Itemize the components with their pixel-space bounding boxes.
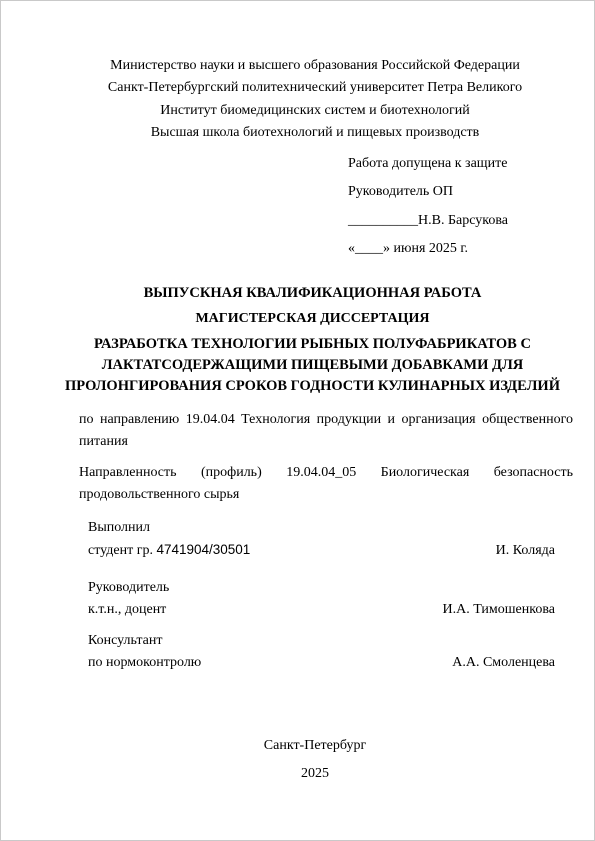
thesis-title-line-3: ПРОЛОНГИРОВАНИЯ СРОКОВ ГОДНОСТИ КУЛИНАРН… — [41, 376, 584, 397]
signature-position: студент гр. 4741904/30501 — [88, 539, 250, 562]
year-line: 2025 — [61, 760, 569, 788]
signature-row-supervisor: Руководитель к.т.н., доцент И.А. Тимошен… — [88, 577, 555, 622]
signature-name: И.А. Тимошенкова — [443, 599, 556, 621]
student-group-number: 4741904/30501 — [156, 542, 250, 557]
signature-row-consultant: Консультант по нормоконтролю А.А. Смолен… — [88, 630, 555, 675]
thesis-title-line-2: ЛАКТАТСОДЕРЖАЩИМИ ПИЩЕВЫМИ ДОБАВКАМИ ДЛЯ — [41, 355, 584, 376]
approval-head-name: Н.В. Барсукова — [418, 213, 508, 228]
work-type-heading: ВЫПУСКНАЯ КВАЛИФИКАЦИОННАЯ РАБОТА — [41, 284, 584, 302]
signature-role: Руководитель — [88, 577, 555, 599]
thesis-title-line-1: РАЗРАБОТКА ТЕХНОЛОГИИ РЫБНЫХ ПОЛУФАБРИКА… — [41, 334, 584, 355]
signature-name: А.А. Смоленцева — [452, 652, 555, 674]
approval-head-label: Руководитель ОП — [348, 178, 508, 206]
school-line: Высшая школа биотехнологий и пищевых про… — [61, 122, 569, 144]
signature-blank: __________ — [348, 213, 418, 228]
signature-position: к.т.н., доцент — [88, 599, 166, 621]
signature-row-student: Выполнил студент гр. 4741904/30501 И. Ко… — [88, 517, 555, 563]
title-block: ВЫПУСКНАЯ КВАЛИФИКАЦИОННАЯ РАБОТА МАГИСТ… — [41, 284, 584, 397]
approval-signature-line: __________Н.В. Барсукова — [348, 207, 508, 235]
document-footer: Санкт-Петербург 2025 — [61, 732, 569, 789]
approval-block: Работа допущена к защите Руководитель ОП… — [348, 150, 508, 264]
city-line: Санкт-Петербург — [61, 732, 569, 760]
program-paragraph: по направлению 19.04.04 Технология проду… — [79, 409, 573, 454]
signature-position: по нормоконтролю — [88, 652, 201, 674]
signature-name: И. Коляда — [496, 540, 555, 562]
document-header: Министерство науки и высшего образования… — [61, 55, 569, 145]
ministry-line: Министерство науки и высшего образования… — [61, 55, 569, 77]
thesis-title: РАЗРАБОТКА ТЕХНОЛОГИИ РЫБНЫХ ПОЛУФАБРИКА… — [41, 334, 584, 397]
thesis-title-page: Министерство науки и высшего образования… — [0, 0, 595, 841]
student-group-label: студент гр. — [88, 543, 156, 558]
university-line: Санкт-Петербургский политехнический унив… — [61, 77, 569, 99]
institute-line: Институт биомедицинских систем и биотехн… — [61, 100, 569, 122]
signature-role: Выполнил — [88, 517, 555, 539]
degree-type-heading: МАГИСТЕРСКАЯ ДИССЕРТАЦИЯ — [41, 310, 584, 328]
profile-paragraph: Направленность (профиль) 19.04.04_05 Био… — [79, 462, 573, 507]
signature-role: Консультант — [88, 630, 555, 652]
approval-admitted-line: Работа допущена к защите — [348, 150, 508, 178]
approval-date-line: «____» июня 2025 г. — [348, 235, 508, 263]
